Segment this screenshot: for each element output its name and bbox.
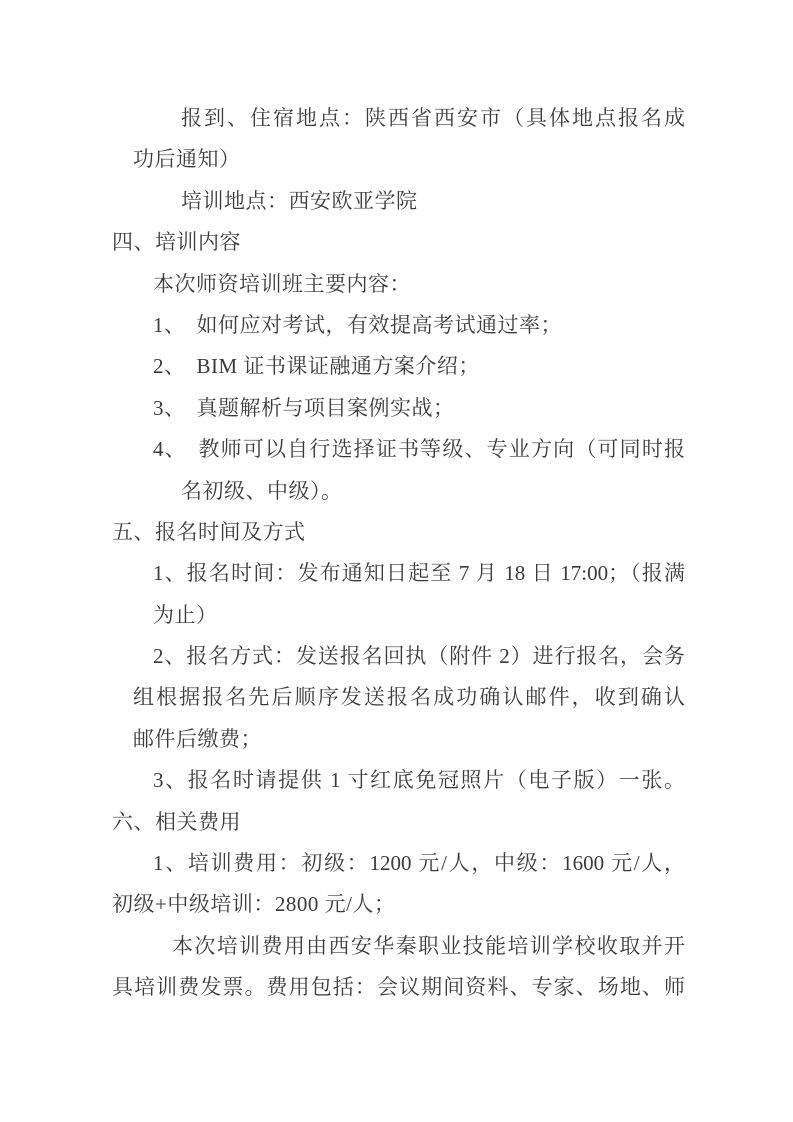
list-item-1-exam-tips: 1、 如何应对考试，有效提高考试通过率； bbox=[153, 305, 685, 346]
paragraph-line-reg-method: 2、报名方式：发送报名回执（附件 2）进行报名，会务 bbox=[153, 636, 685, 677]
paragraph-line-fee-collection: 本次培训费用由西安华秦职业技能培训学校收取并开 bbox=[172, 926, 685, 967]
paragraph-line-reg-method-2: 组根据报名先后顺序发送报名成功确认邮件，收到确认 bbox=[133, 677, 685, 718]
list-item-2-bim-certificate: 2、 BIM 证书课证融通方案介绍； bbox=[153, 346, 685, 387]
section-heading-4-training-content: 四、培训内容 bbox=[112, 222, 685, 263]
paragraph-line-training-location: 培训地点：西安欧亚学院 bbox=[181, 181, 685, 222]
document-text-block: 报到、住宿地点：陕西省西安市（具体地点报名成 功后通知） 培训地点：西安欧亚学院… bbox=[112, 98, 685, 1009]
paragraph-line-checkin-location-2: 功后通知） bbox=[133, 139, 685, 180]
section-heading-5-registration: 五、报名时间及方式 bbox=[112, 512, 685, 553]
section-heading-6-fees: 六、相关费用 bbox=[112, 802, 685, 843]
document-page: 报到、住宿地点：陕西省西安市（具体地点报名成 功后通知） 培训地点：西安欧亚学院… bbox=[0, 0, 793, 1122]
paragraph-line-fee-amounts: 1、培训费用：初级：1200 元/人，中级：1600 元/人， bbox=[153, 843, 685, 884]
paragraph-line-reg-time-2: 为止） bbox=[153, 595, 685, 636]
list-item-4-teacher-choice-2: 名初级、中级）。 bbox=[181, 471, 685, 512]
paragraph-line-reg-method-3: 邮件后缴费； bbox=[133, 719, 685, 760]
paragraph-line-fee-amounts-2: 初级+中级培训：2800 元/人； bbox=[112, 884, 685, 925]
list-item-4-teacher-choice: 4、 教师可以自行选择证书等级、专业方向（可同时报 bbox=[153, 429, 685, 470]
paragraph-line-checkin-location: 报到、住宿地点：陕西省西安市（具体地点报名成 bbox=[181, 98, 685, 139]
paragraph-line-fee-collection-2: 具培训费发票。费用包括：会议期间资料、专家、场地、师 bbox=[112, 967, 685, 1008]
paragraph-line-reg-time: 1、报名时间：发布通知日起至 7 月 18 日 17:00；（报满 bbox=[153, 553, 685, 594]
paragraph-line-photo-requirement: 3、报名时请提供 1 寸红底免冠照片（电子版）一张。 bbox=[153, 760, 685, 801]
list-item-3-exam-analysis: 3、 真题解析与项目案例实战； bbox=[153, 388, 685, 429]
paragraph-line-content-intro: 本次师资培训班主要内容： bbox=[153, 264, 685, 305]
